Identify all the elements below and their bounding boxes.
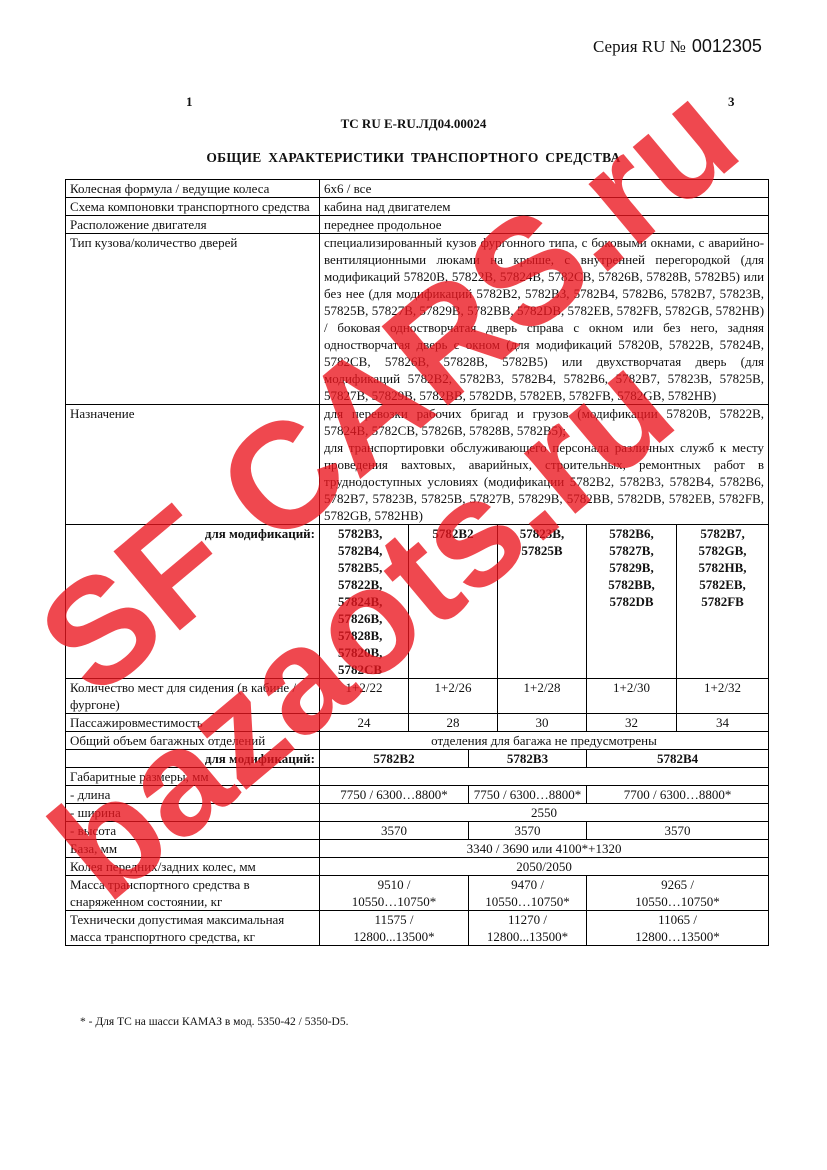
mods-label: для модификаций: bbox=[66, 750, 320, 768]
footnote: * - Для ТС на шасси КАМАЗ в мод. 5350-42… bbox=[80, 1016, 348, 1028]
table-row: Назначение для перевозки рабочих бригад … bbox=[66, 405, 769, 525]
row-value: специализированный кузов фургонного типа… bbox=[320, 234, 769, 405]
max-mass-value: 11270 / 12800...13500* bbox=[469, 911, 587, 946]
row-label: База, мм bbox=[66, 840, 320, 858]
curb-mass-value: 9470 / 10550…10750* bbox=[469, 876, 587, 911]
row-label: Колея передних/задних колес, мм bbox=[66, 858, 320, 876]
seats-value: 1+2/26 bbox=[409, 679, 498, 714]
table-row: для модификаций: 5782B3, 5782B4, 5782B5,… bbox=[66, 525, 769, 679]
table-row: Схема компоновки транспортного средства … bbox=[66, 198, 769, 216]
table-row: Технически допустимая максимальная масса… bbox=[66, 911, 769, 946]
table-row: Общий объем багажных отделений отделения… bbox=[66, 732, 769, 750]
mods-group: 5782B7, 5782GB, 5782HB, 5782EB, 5782FB bbox=[677, 525, 769, 679]
seats-value: 1+2/32 bbox=[677, 679, 769, 714]
table-row: Расположение двигателя переднее продольн… bbox=[66, 216, 769, 234]
row-value: 6x6 / все bbox=[320, 180, 769, 198]
row-label: Тип кузова/количество дверей bbox=[66, 234, 320, 405]
capacity-value: 30 bbox=[498, 714, 587, 732]
height-value: 3570 bbox=[587, 822, 769, 840]
mod-name: 5782B2 bbox=[320, 750, 469, 768]
luggage-value: отделения для багажа не предусмотрены bbox=[320, 732, 769, 750]
row-label: - ширина bbox=[66, 804, 320, 822]
curb-mass-value: 9265 / 10550…10750* bbox=[587, 876, 769, 911]
page-number-right: 3 bbox=[728, 94, 735, 110]
series-label: Серия RU № bbox=[593, 37, 686, 56]
mod-name: 5782B3 bbox=[469, 750, 587, 768]
row-label: Технически допустимая максимальная масса… bbox=[66, 911, 320, 946]
capacity-value: 34 bbox=[677, 714, 769, 732]
row-label: Пассажировместимость bbox=[66, 714, 320, 732]
table-row: Масса транспортного средства в снаряженн… bbox=[66, 876, 769, 911]
table-row: для модификаций: 5782B2 5782B3 5782B4 bbox=[66, 750, 769, 768]
seats-value: 1+2/22 bbox=[320, 679, 409, 714]
row-label: Схема компоновки транспортного средства bbox=[66, 198, 320, 216]
height-value: 3570 bbox=[469, 822, 587, 840]
height-value: 3570 bbox=[320, 822, 469, 840]
max-mass-value: 11575 / 12800...13500* bbox=[320, 911, 469, 946]
table-row: Колесная формула / ведущие колеса 6x6 / … bbox=[66, 180, 769, 198]
mods-group: 5782B6, 57827B, 57829B, 5782BB, 5782DB bbox=[587, 525, 677, 679]
mods-group: 5782B3, 5782B4, 5782B5, 57822B, 57824B, … bbox=[320, 525, 409, 679]
mod-name: 5782B4 bbox=[587, 750, 769, 768]
table-row: Пассажировместимость 24 28 30 32 34 bbox=[66, 714, 769, 732]
row-label: Общий объем багажных отделений bbox=[66, 732, 320, 750]
characteristics-table: Колесная формула / ведущие колеса 6x6 / … bbox=[65, 179, 769, 946]
row-label: Расположение двигателя bbox=[66, 216, 320, 234]
table-row: - ширина 2550 bbox=[66, 804, 769, 822]
purpose-text-2: для транспортировки обслуживающего персо… bbox=[324, 439, 764, 524]
row-label: Колесная формула / ведущие колеса bbox=[66, 180, 320, 198]
capacity-value: 24 bbox=[320, 714, 409, 732]
purpose-text-1: для перевозки рабочих бригад и грузов (м… bbox=[324, 405, 764, 439]
capacity-value: 32 bbox=[587, 714, 677, 732]
series-number: Серия RU №0012305 bbox=[593, 36, 762, 57]
table-row: Количество мест для сидения (в кабине / … bbox=[66, 679, 769, 714]
document-number: ТС RU E-RU.ЛД04.00024 bbox=[0, 116, 827, 132]
capacity-value: 28 bbox=[409, 714, 498, 732]
table-row: База, мм 3340 / 3690 или 4100*+1320 bbox=[66, 840, 769, 858]
max-mass-value: 11065 / 12800…13500* bbox=[587, 911, 769, 946]
row-label: Масса транспортного средства в снаряженн… bbox=[66, 876, 320, 911]
row-label: Габаритные размеры, мм bbox=[66, 768, 320, 786]
row-label: Количество мест для сидения (в кабине / … bbox=[66, 679, 320, 714]
mods-group: 5782B2 bbox=[409, 525, 498, 679]
width-value: 2550 bbox=[320, 804, 769, 822]
seats-value: 1+2/28 bbox=[498, 679, 587, 714]
mods-group: 57823B, 57825B bbox=[498, 525, 587, 679]
series-value: 0012305 bbox=[692, 36, 762, 56]
row-value: для перевозки рабочих бригад и грузов (м… bbox=[320, 405, 769, 525]
seats-value: 1+2/30 bbox=[587, 679, 677, 714]
row-label: Назначение bbox=[66, 405, 320, 525]
length-value: 7700 / 6300…8800* bbox=[587, 786, 769, 804]
length-value: 7750 / 6300…8800* bbox=[469, 786, 587, 804]
table-row: Габаритные размеры, мм bbox=[66, 768, 769, 786]
row-value: кабина над двигателем bbox=[320, 198, 769, 216]
length-value: 7750 / 6300…8800* bbox=[320, 786, 469, 804]
row-value: переднее продольное bbox=[320, 216, 769, 234]
table-row: - высота 3570 3570 3570 bbox=[66, 822, 769, 840]
track-value: 2050/2050 bbox=[320, 858, 769, 876]
mods-label: для модификаций: bbox=[66, 525, 320, 679]
table-row: Тип кузова/количество дверей специализир… bbox=[66, 234, 769, 405]
page-title: ОБЩИЕ ХАРАКТЕРИСТИКИ ТРАНСПОРТНОГО СРЕДС… bbox=[0, 150, 827, 166]
row-label: - длина bbox=[66, 786, 320, 804]
table-row: - длина 7750 / 6300…8800* 7750 / 6300…88… bbox=[66, 786, 769, 804]
table-row: Колея передних/задних колес, мм 2050/205… bbox=[66, 858, 769, 876]
row-label: - высота bbox=[66, 822, 320, 840]
page-number-left: 1 bbox=[186, 94, 193, 110]
curb-mass-value: 9510 / 10550…10750* bbox=[320, 876, 469, 911]
base-value: 3340 / 3690 или 4100*+1320 bbox=[320, 840, 769, 858]
